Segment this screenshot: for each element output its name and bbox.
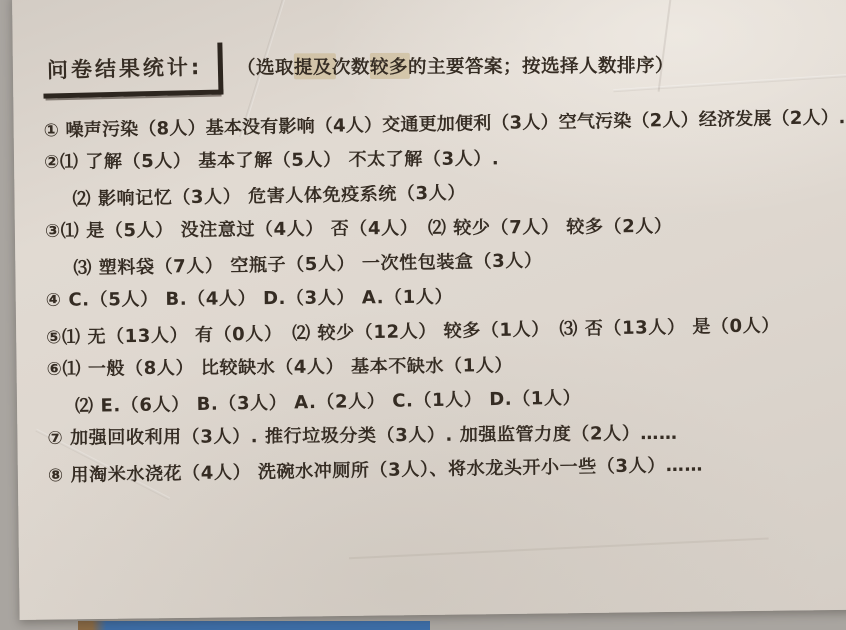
subtitle-note: （选取提及次数较多的主要答案；按选择人数排序） bbox=[237, 51, 674, 79]
answer-line-1: ① 噪声污染（8人）基本没有影响（4人）交通更加便利（3人）空气污染（2人）经济… bbox=[44, 108, 846, 142]
photo-background: 问卷结果统计: （选取提及次数较多的主要答案；按选择人数排序） ① 噪声污染（8… bbox=[0, 0, 846, 630]
answer-line-3: ⑵ 影响记忆（3人） 危害人体免疫系统（3人） bbox=[72, 177, 846, 210]
paper-crease bbox=[349, 537, 769, 559]
subtitle-note-text: （选取提及次数较多的主要答案；按选择人数排序） bbox=[237, 55, 674, 78]
answer-line-7: ⑤⑴ 无（13人） 有（0人） ⑵ 较少（12人） 较多（1人） ⑶ 否（13人… bbox=[46, 315, 846, 349]
answer-line-9: ⑵ E.（6人） B.（3人） A.（2人） C.（1人） D.（1人） bbox=[75, 384, 846, 417]
answer-lines: ① 噪声污染（8人）基本没有影响（4人）交通更加便利（3人）空气污染（2人）经济… bbox=[44, 110, 846, 485]
page-title: 问卷结果统计: bbox=[42, 42, 224, 98]
blue-edge bbox=[78, 621, 430, 630]
answer-line-10: ⑦ 加强回收利用（3人）. 推行垃圾分类（3人）. 加强监管力度（2人）…… bbox=[47, 422, 846, 448]
header-row: 问卷结果统计: （选取提及次数较多的主要答案；按选择人数排序） bbox=[43, 36, 846, 98]
answer-line-6: ④ C.（5人） B.（4人） D.（3人） A.（1人） bbox=[46, 284, 846, 310]
notes-content: 问卷结果统计: （选取提及次数较多的主要答案；按选择人数排序） ① 噪声污染（8… bbox=[43, 36, 846, 499]
page-title-text: 问卷结果统计: bbox=[47, 55, 203, 83]
answer-line-5: ⑶ 塑料袋（7人） 空瓶子（5人） 一次性包装盒（3人） bbox=[73, 246, 846, 279]
answer-line-2: ②⑴ 了解（5人） 基本了解（5人） 不太了解（3人）. bbox=[44, 146, 846, 172]
answer-line-4: ③⑴ 是（5人） 没注意过（4人） 否（4人） ⑵ 较少（7人） 较多（2人） bbox=[45, 215, 846, 241]
answer-line-11: ⑧ 用淘米水浇花（4人） 洗碗水冲厕所（3人）、将水龙头开小一些（3人）…… bbox=[48, 453, 846, 487]
answer-line-8: ⑥⑴ 一般（8人） 比较缺水（4人） 基本不缺水（1人） bbox=[47, 353, 846, 379]
paper-sheet: 问卷结果统计: （选取提及次数较多的主要答案；按选择人数排序） ① 噪声污染（8… bbox=[12, 0, 846, 620]
